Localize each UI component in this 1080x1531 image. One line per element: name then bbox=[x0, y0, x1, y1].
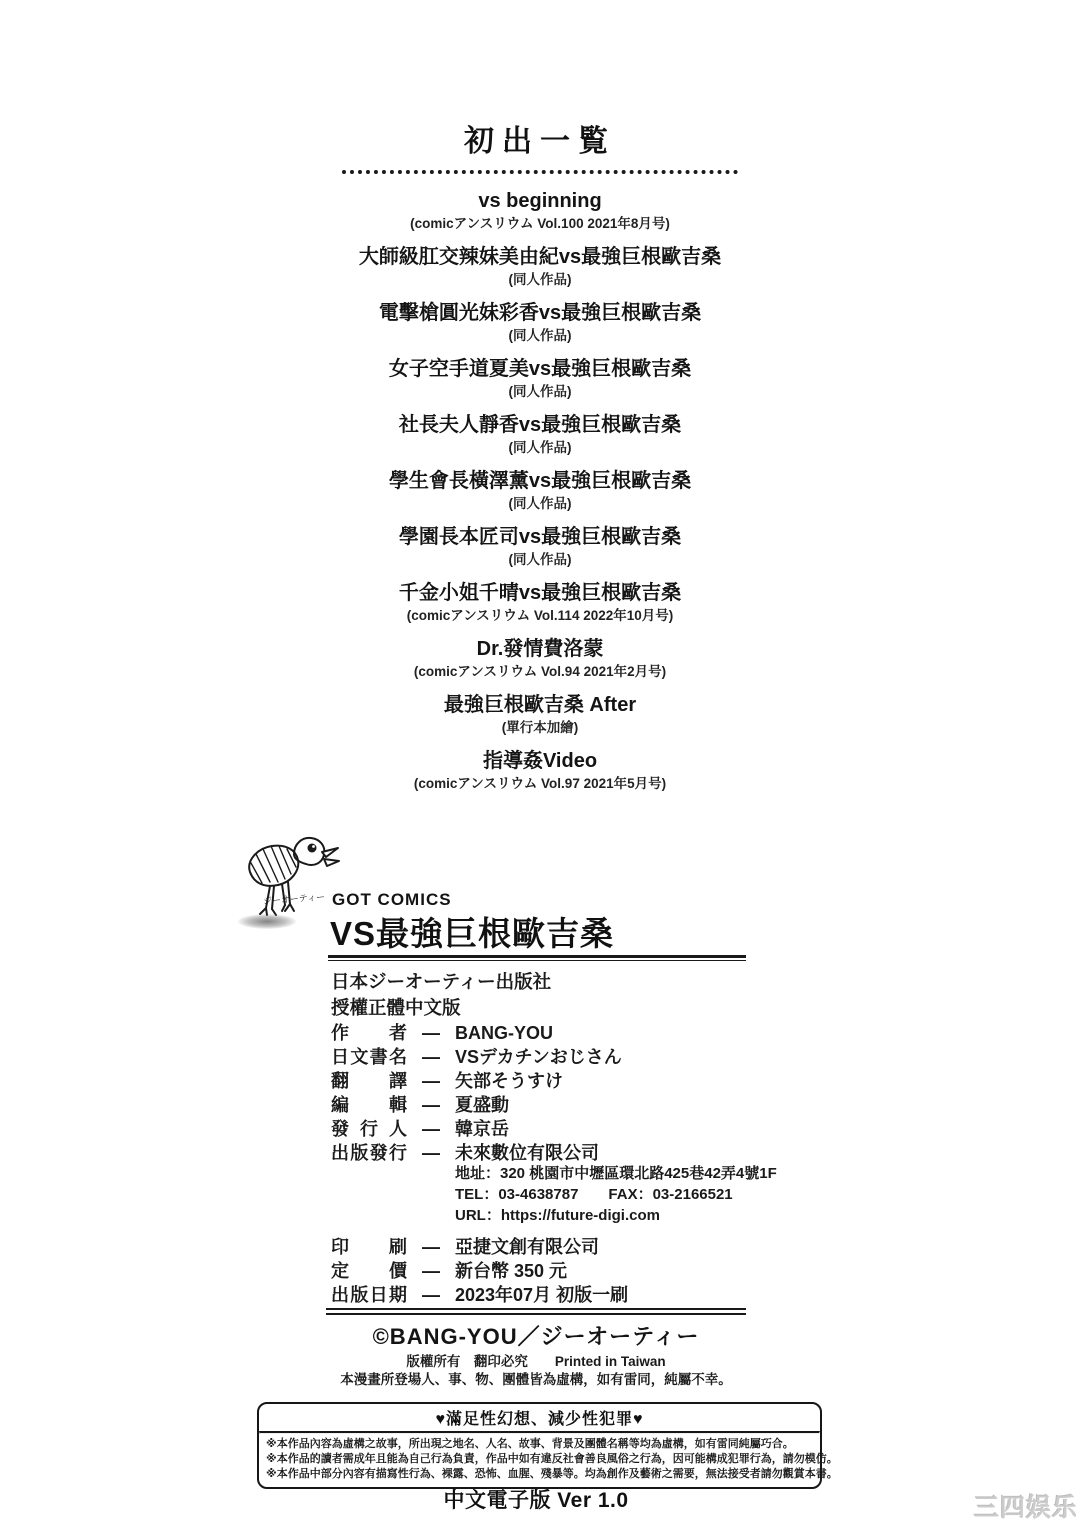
colophon-block: ジーオーティー GOT COMICS VS最強巨根歐吉桑 日本ジーオーティー出版… bbox=[0, 0, 1080, 1531]
edition-version: 中文電子版 Ver 1.0 bbox=[326, 1484, 746, 1514]
notice-line: ※本作品的讀者需成年且能為自己行為負責，作品中如有違反社會善良風俗之行為，因可能… bbox=[266, 1452, 813, 1467]
title-rule bbox=[328, 955, 746, 961]
credit-dash: — bbox=[407, 1143, 455, 1164]
credit-row: 日文書名 — VSデカチンおじさん bbox=[331, 1043, 751, 1067]
notice-line: ※本作品中部分內容有描寫性行為、裸露、恐怖、血腥、殘暴等。均為創作及藝術之需要，… bbox=[266, 1467, 813, 1482]
notice-lines: ※本作品內容為虛構之故事，所出現之地名、人名、故事、背景及團體名稱等均為虛構，如… bbox=[259, 1434, 820, 1487]
credit-dash: — bbox=[407, 1285, 455, 1306]
credit-label: 發行人 bbox=[331, 1115, 407, 1141]
notice-title: ♥滿足性幻想、減少性犯罪♥ bbox=[259, 1404, 820, 1431]
content-notice-box: ♥滿足性幻想、減少性犯罪♥ ※本作品內容為虛構之故事，所出現之地名、人名、故事、… bbox=[257, 1402, 822, 1489]
publisher-url: URL：https://future-digi.com bbox=[455, 1205, 777, 1226]
credit-label: 印刷 bbox=[331, 1233, 407, 1259]
credit-row: 編輯 — 夏盛動 bbox=[331, 1091, 751, 1115]
disclaimer-line: 本漫畫所登場人、事、物、團體皆為虛構，如有雷同，純屬不幸。 bbox=[186, 1368, 886, 1388]
credit-value: VSデカチンおじさん bbox=[455, 1043, 751, 1069]
double-rule bbox=[326, 1308, 746, 1315]
colophon-page: 初出一覧 vs beginning (comicアンスリウム Vol.100 2… bbox=[0, 0, 1080, 1531]
credit-value: BANG-YOU bbox=[455, 1023, 751, 1044]
credit-label: 定價 bbox=[331, 1257, 407, 1283]
credit-dash: — bbox=[407, 1023, 455, 1044]
credit-value: 夏盛動 bbox=[455, 1091, 751, 1117]
publisher-original: 日本ジーオーティー出版社 bbox=[331, 969, 551, 995]
credits-list: 作者 — BANG-YOU 日文書名 — VSデカチンおじさん 翻譯 — 矢部そ… bbox=[331, 1019, 751, 1163]
imprint-label: GOT COMICS bbox=[332, 890, 452, 910]
publisher-contact: 地址：320 桃園市中壢區環北路425巷42弄4號1F TEL：03-46387… bbox=[455, 1163, 777, 1226]
credit-row: 翻譯 — 矢部そうすけ bbox=[331, 1067, 751, 1091]
credit-row: 出版發行 — 未來數位有限公司 bbox=[331, 1139, 751, 1163]
credit-label: 出版發行 bbox=[331, 1139, 407, 1165]
credit-dash: — bbox=[407, 1119, 455, 1140]
credit-label: 作者 bbox=[331, 1019, 407, 1045]
credit-label: 編輯 bbox=[331, 1091, 407, 1117]
rights-line: 版權所有 翻印必究 Printed in Taiwan bbox=[226, 1350, 846, 1370]
credit-value: 亞捷文創有限公司 bbox=[455, 1233, 751, 1259]
credit-value: 新台幣 350 元 bbox=[455, 1257, 751, 1283]
logo-shadow bbox=[238, 914, 296, 929]
publisher-tel-fax: TEL：03-4638787 FAX：03-2166521 bbox=[455, 1184, 777, 1205]
credit-value: 2023年07月 初版一刷 bbox=[455, 1281, 751, 1307]
credit-row: 出版日期 — 2023年07月 初版一刷 bbox=[331, 1281, 751, 1305]
license-note: 授權正體中文版 bbox=[331, 995, 551, 1021]
copyright-line: ©BANG-YOU／ジーオーティー bbox=[326, 1320, 746, 1351]
credit-dash: — bbox=[407, 1071, 455, 1092]
site-watermark: 三四娱乐 bbox=[974, 1488, 1078, 1524]
book-title: VS最強巨根歐吉桑 bbox=[330, 908, 614, 955]
credit-dash: — bbox=[407, 1237, 455, 1258]
credit-label: 出版日期 bbox=[331, 1281, 407, 1307]
credit-label: 翻譯 bbox=[331, 1067, 407, 1093]
credit-value: 韓京岳 bbox=[455, 1115, 751, 1141]
credit-row: 發行人 — 韓京岳 bbox=[331, 1115, 751, 1139]
notice-line: ※本作品內容為虛構之故事，所出現之地名、人名、故事、背景及團體名稱等均為虛構，如… bbox=[266, 1437, 813, 1452]
credit-dash: — bbox=[407, 1261, 455, 1282]
credit-value: 未來數位有限公司 bbox=[455, 1139, 751, 1165]
credit-value: 矢部そうすけ bbox=[455, 1067, 751, 1093]
credit-label: 日文書名 bbox=[331, 1043, 407, 1069]
print-credits-list: 印刷 — 亞捷文創有限公司 定價 — 新台幣 350 元 出版日期 — 2023… bbox=[331, 1233, 751, 1305]
credit-row: 作者 — BANG-YOU bbox=[331, 1019, 751, 1043]
credit-dash: — bbox=[407, 1047, 455, 1068]
publisher-address: 地址：320 桃園市中壢區環北路425巷42弄4號1F bbox=[455, 1163, 777, 1184]
credit-dash: — bbox=[407, 1095, 455, 1116]
publisher-lines: 日本ジーオーティー出版社 授權正體中文版 bbox=[331, 969, 551, 1021]
credit-row: 印刷 — 亞捷文創有限公司 bbox=[331, 1233, 751, 1257]
credit-row: 定價 — 新台幣 350 元 bbox=[331, 1257, 751, 1281]
